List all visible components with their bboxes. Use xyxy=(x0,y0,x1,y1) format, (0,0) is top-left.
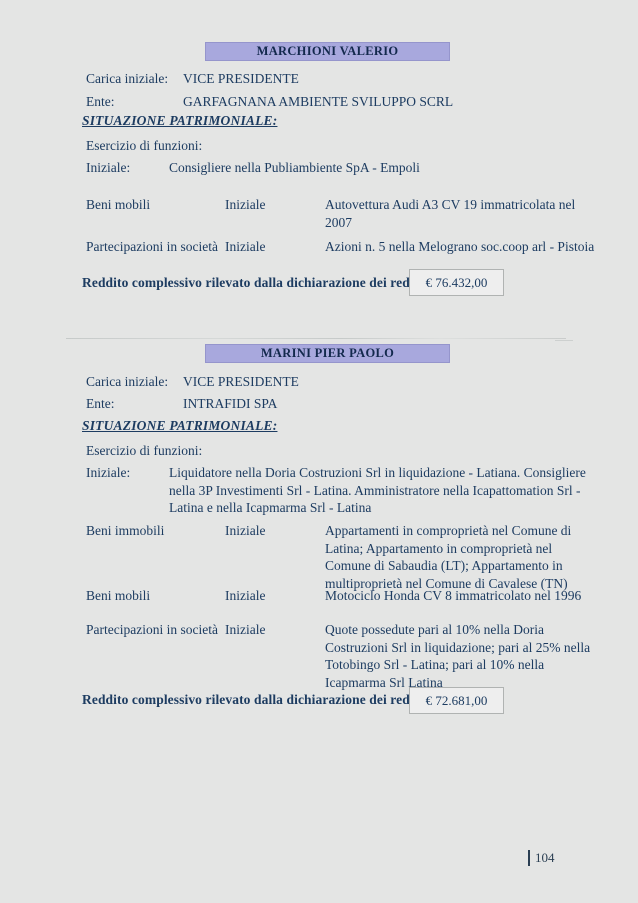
carica-value: VICE PRESIDENTE xyxy=(183,70,299,87)
page-number-rule xyxy=(528,850,530,866)
asset-phase: Iniziale xyxy=(225,621,325,691)
iniziale-label: Iniziale: xyxy=(86,159,169,176)
situazione-heading: SITUAZIONE PATRIMONIALE: xyxy=(82,113,277,129)
asset-category: Beni mobili xyxy=(86,196,225,231)
asset-row: Partecipazioni in società Iniziale Quote… xyxy=(86,621,627,691)
asset-phase: Iniziale xyxy=(225,238,325,256)
reddito-value-box: € 72.681,00 xyxy=(409,687,504,714)
divider-line xyxy=(66,338,566,339)
asset-category: Partecipazioni in società xyxy=(86,238,225,256)
asset-description: Quote possedute pari al 10% nella Doria … xyxy=(325,621,627,691)
iniziale-field: Iniziale: Consigliere nella Publiambient… xyxy=(86,159,589,177)
ente-value: GARFAGNANA AMBIENTE SVILUPPO SCRL xyxy=(183,93,453,110)
asset-phase: Iniziale xyxy=(225,522,325,592)
document-page: MARCHIONI VALERIO Carica iniziale: VICE … xyxy=(0,0,638,903)
asset-phase: Iniziale xyxy=(225,587,325,605)
iniziale-field: Iniziale: Liquidatore nella Doria Costru… xyxy=(86,464,589,517)
iniziale-label: Iniziale: xyxy=(86,464,169,481)
esercizio-label: Esercizio di funzioni: xyxy=(86,137,202,154)
iniziale-value: Liquidatore nella Doria Costruzioni Srl … xyxy=(169,464,589,517)
asset-category: Beni immobili xyxy=(86,522,225,592)
iniziale-value: Consigliere nella Publiambiente SpA - Em… xyxy=(169,159,589,177)
asset-phase: Iniziale xyxy=(225,196,325,231)
ente-value: INTRAFIDI SPA xyxy=(183,395,277,412)
asset-description: Azioni n. 5 nella Melograno soc.coop arl… xyxy=(325,238,627,256)
asset-category: Partecipazioni in società xyxy=(86,621,225,691)
situazione-heading: SITUAZIONE PATRIMONIALE: xyxy=(82,418,277,434)
asset-row: Beni mobili Iniziale Autovettura Audi A3… xyxy=(86,196,627,231)
asset-row: Beni immobili Iniziale Appartamenti in c… xyxy=(86,522,627,592)
ente-label: Ente: xyxy=(86,93,183,110)
page-number-value: 104 xyxy=(535,850,555,866)
carica-label: Carica iniziale: xyxy=(86,70,183,87)
person-name-header: MARCHIONI VALERIO xyxy=(205,42,450,61)
esercizio-label: Esercizio di funzioni: xyxy=(86,442,202,459)
person-name-header: MARINI PIER PAOLO xyxy=(205,344,450,363)
asset-category: Beni mobili xyxy=(86,587,225,605)
carica-label: Carica iniziale: xyxy=(86,373,183,390)
reddito-label: Reddito complessivo rilevato dalla dichi… xyxy=(82,274,434,291)
reddito-value-box: € 76.432,00 xyxy=(409,269,504,296)
asset-row: Beni mobili Iniziale Motociclo Honda CV … xyxy=(86,587,627,605)
asset-description: Appartamenti in comproprietà nel Comune … xyxy=(325,522,627,592)
ente-label: Ente: xyxy=(86,395,183,412)
ente-field: Ente: GARFAGNANA AMBIENTE SVILUPPO SCRL xyxy=(86,93,453,110)
reddito-label: Reddito complessivo rilevato dalla dichi… xyxy=(82,691,434,708)
asset-row: Partecipazioni in società Iniziale Azion… xyxy=(86,238,627,256)
asset-description: Motociclo Honda CV 8 immatricolato nel 1… xyxy=(325,587,627,605)
asset-description: Autovettura Audi A3 CV 19 immatricolata … xyxy=(325,196,627,231)
carica-field: Carica iniziale: VICE PRESIDENTE xyxy=(86,70,299,87)
carica-field: Carica iniziale: VICE PRESIDENTE xyxy=(86,373,299,390)
divider-tick xyxy=(555,340,573,341)
page-number: 104 xyxy=(528,850,555,866)
carica-value: VICE PRESIDENTE xyxy=(183,373,299,390)
ente-field: Ente: INTRAFIDI SPA xyxy=(86,395,277,412)
